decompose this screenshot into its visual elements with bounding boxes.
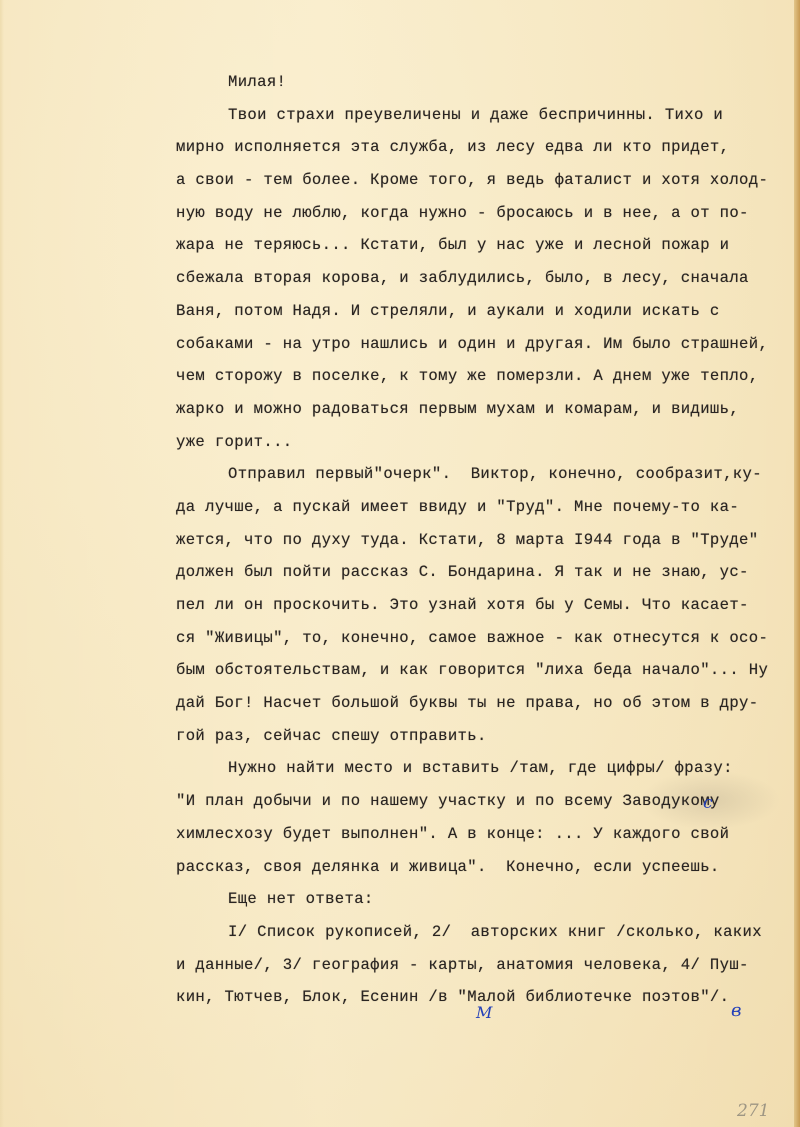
letter-line: Еще нет ответа: — [176, 883, 800, 916]
letter-line: Ваня, потом Надя. И стреляли, и аукали и… — [176, 295, 800, 328]
letter-line: бым обстоятельствам, и как говорится "ли… — [176, 654, 800, 687]
letter-line: Нужно найти место и вставить /там, где ц… — [176, 752, 800, 785]
handwritten-correction-v: в — [731, 1000, 741, 1021]
letter-body: Милая!Твои страхи преувеличены и даже бе… — [176, 66, 800, 1014]
letter-line: уже горит... — [176, 426, 800, 459]
paper-left-edge — [0, 0, 4, 1127]
letter-line: пел ли он проскочить. Это узнай хотя бы … — [176, 589, 800, 622]
handwritten-correction-m: М — [476, 1003, 492, 1022]
letter-line: Твои страхи преувеличены и даже беспричи… — [176, 99, 800, 132]
letter-line: жется, что по духу туда. Кстати, 8 марта… — [176, 524, 800, 557]
letter-line: жарко и можно радоваться первым мухам и … — [176, 393, 800, 426]
letter-line: собаками - на утро нашлись и один и друг… — [176, 328, 800, 361]
letter-line: дай Бог! Насчет большой буквы ты не прав… — [176, 687, 800, 720]
letter-line: и данные/, 3/ география - карты, анатоми… — [176, 949, 800, 982]
letter-line: да лучше, а пускай имеет ввиду и "Труд".… — [176, 491, 800, 524]
page-number: 271 — [737, 1101, 769, 1121]
letter-line: ся "Живицы", то, конечно, самое важное -… — [176, 622, 800, 655]
letter-line: сбежала вторая корова, и заблудились, бы… — [176, 262, 800, 295]
letter-greeting: Милая! — [176, 66, 800, 99]
letter-line: ную воду не люблю, когда нужно - бросаюс… — [176, 197, 800, 230]
letter-line: должен был пойти рассказ С. Бондарина. Я… — [176, 556, 800, 589]
letter-line: гой раз, сейчас спешу отправить. — [176, 720, 800, 753]
letter-line: I/ Список рукописей, 2/ авторских книг /… — [176, 916, 800, 949]
handwritten-correction-s: с — [703, 793, 713, 813]
letter-line: рассказ, своя делянка и живица". Конечно… — [176, 851, 800, 884]
letter-line: мирно исполняется эта служба, из лесу ед… — [176, 131, 800, 164]
letter-line: чем сторожу в поселке, к тому же померзл… — [176, 360, 800, 393]
letter-line: жара не теряюсь... Кстати, был у нас уже… — [176, 229, 800, 262]
letter-line: химлесхозу будет выполнен". А в конце: .… — [176, 818, 800, 851]
letter-line: Отправил первый"очерк". Виктор, конечно,… — [176, 458, 800, 491]
letter-line: а свои - тем более. Кроме того, я ведь ф… — [176, 164, 800, 197]
